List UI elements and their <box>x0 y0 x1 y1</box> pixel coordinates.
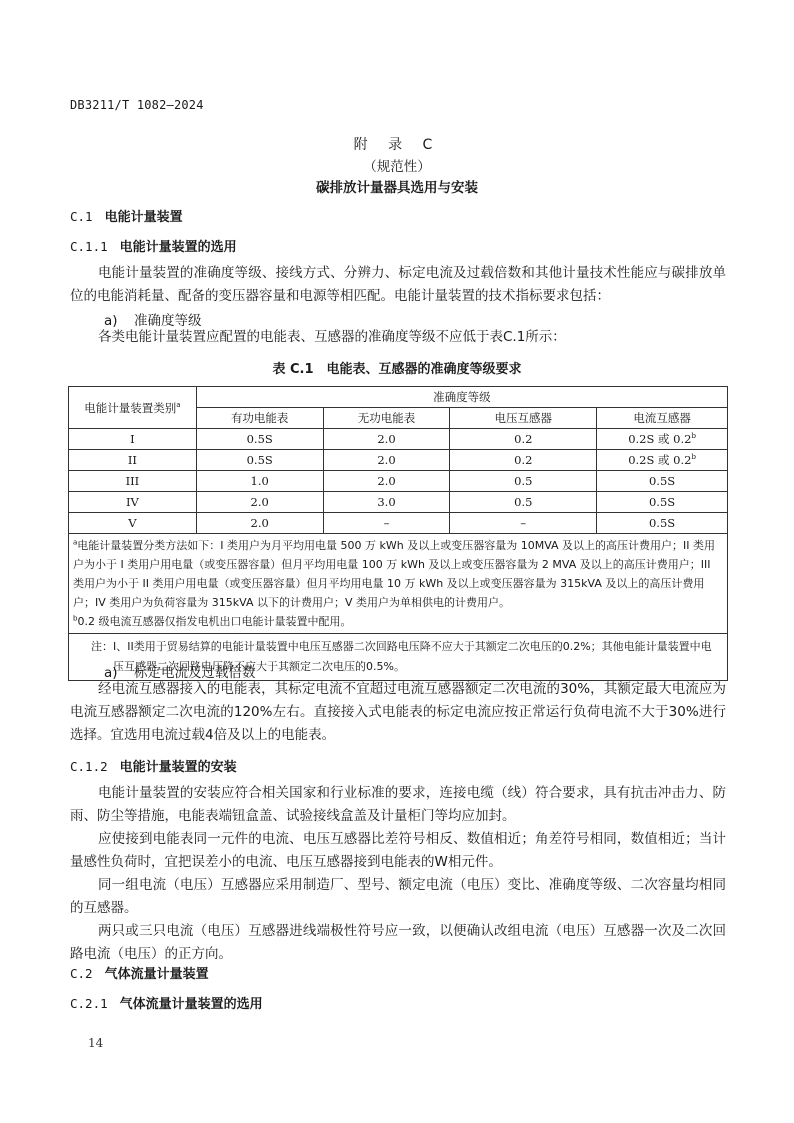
table-caption: 表 C.1 电能表、互感器的准确度等级要求 <box>0 358 794 377</box>
cell: 0.2 <box>450 450 597 471</box>
cell: 0.5S <box>597 492 728 513</box>
header-category: 电能计量装置类别a <box>69 387 197 429</box>
cell-category: V <box>69 513 197 534</box>
cell: 0.5S <box>597 513 728 534</box>
heading-number: C.1 <box>70 209 93 224</box>
heading-number: C.1.2 <box>70 759 108 774</box>
paragraph: 两只或三只电流（电压）互感器进线端极性符号应一致，以便确认改组电流（电压）互感器… <box>70 920 726 966</box>
heading-text: 气体流量计量装置 <box>105 967 209 982</box>
heading-c2: C.2气体流量计量装置 <box>70 963 209 982</box>
cell: 1.0 <box>196 471 323 492</box>
paragraph: 经电流互感器接入的电能表，其标定电流不宜超过电流互感器额定二次电流的30%，其额… <box>70 678 726 747</box>
cell-category: II <box>69 450 197 471</box>
paragraph: 应使接到电能表同一元件的电流、电压互感器比差符号相反、数值相近；角差符号相同，数… <box>70 828 726 874</box>
cell-category: I <box>69 429 197 450</box>
cell: 3.0 <box>323 492 450 513</box>
cell: 0.5 <box>450 492 597 513</box>
table-row: III 1.0 2.0 0.5 0.5S <box>69 471 728 492</box>
page-number: 14 <box>88 1036 103 1050</box>
cell: 0.2 <box>450 429 597 450</box>
cell: – <box>450 513 597 534</box>
paragraph: 同一组电流（电压）互感器应采用制造厂、型号、额定电流（电压）变比、准确度等级、二… <box>70 874 726 920</box>
cell: 0.5S <box>196 429 323 450</box>
cell: – <box>323 513 450 534</box>
heading-number: C.2 <box>70 966 93 981</box>
footnote-cell: a电能计量装置分类方法如下：I 类用户为月平均用电量 500 万 kWh 及以上… <box>69 534 728 634</box>
heading-text: 气体流量计量装置的选用 <box>120 997 263 1012</box>
column-header: 电流互感器 <box>597 408 728 429</box>
heading-text: 电能计量装置的选用 <box>120 240 237 255</box>
table-row: I 0.5S 2.0 0.2 0.2S 或 0.2b <box>69 429 728 450</box>
table-row: IV 2.0 3.0 0.5 0.5S <box>69 492 728 513</box>
appendix-subtitle: （规范性） <box>0 155 794 175</box>
table-row: II 0.5S 2.0 0.2 0.2S 或 0.2b <box>69 450 728 471</box>
accuracy-table: 电能计量装置类别a 准确度等级 有功电能表 无功电能表 电压互感器 电流互感器 … <box>68 386 728 681</box>
heading-text: 电能计量装置的安装 <box>120 760 237 775</box>
paragraph: 电能计量装置的准确度等级、接线方式、分辨力、标定电流及过载倍数和其他计量技术性能… <box>70 262 726 308</box>
footnote-a: a电能计量装置分类方法如下：I 类用户为月平均用电量 500 万 kWh 及以上… <box>73 536 723 612</box>
cell: 0.2S 或 0.2b <box>597 450 728 471</box>
document-id: DB3211/T 1082—2024 <box>70 98 204 112</box>
heading-c2-1: C.2.1气体流量计量装置的选用 <box>70 993 263 1012</box>
appendix-name: 碳排放计量器具选用与安装 <box>0 176 794 196</box>
footnote-b: b0.2 级电流互感器仅指发电机出口电能计量装置中配用。 <box>73 612 723 631</box>
column-header: 有功电能表 <box>196 408 323 429</box>
cell: 2.0 <box>323 471 450 492</box>
cell: 0.5S <box>196 450 323 471</box>
cell: 2.0 <box>196 513 323 534</box>
heading-number: C.2.1 <box>70 996 108 1011</box>
cell: 2.0 <box>196 492 323 513</box>
paragraph: 电能计量装置的安装应符合相关国家和行业标准的要求，连接电缆（线）符合要求，具有抗… <box>70 782 726 828</box>
heading-text: 电能计量装置 <box>105 210 183 225</box>
column-header: 电压互感器 <box>450 408 597 429</box>
heading-c1-1: C.1.1电能计量装置的选用 <box>70 236 237 255</box>
heading-c1: C.1电能计量装置 <box>70 206 183 225</box>
column-header: 无功电能表 <box>323 408 450 429</box>
cell-category: IV <box>69 492 197 513</box>
table-footnotes: a电能计量装置分类方法如下：I 类用户为月平均用电量 500 万 kWh 及以上… <box>69 534 728 634</box>
cell-category: III <box>69 471 197 492</box>
cell: 2.0 <box>323 429 450 450</box>
cell: 0.5 <box>450 471 597 492</box>
cell: 0.2S 或 0.2b <box>597 429 728 450</box>
paragraph: 各类电能计量装置应配置的电能表、互感器的准确度等级不应低于表C.1所示： <box>70 326 726 349</box>
heading-c1-2: C.1.2电能计量装置的安装 <box>70 756 237 775</box>
cell: 0.5S <box>597 471 728 492</box>
heading-number: C.1.1 <box>70 239 108 254</box>
header-group: 准确度等级 <box>196 387 727 408</box>
table-row: V 2.0 – – 0.5S <box>69 513 728 534</box>
cell: 2.0 <box>323 450 450 471</box>
appendix-title: 附 录 C <box>0 134 794 154</box>
